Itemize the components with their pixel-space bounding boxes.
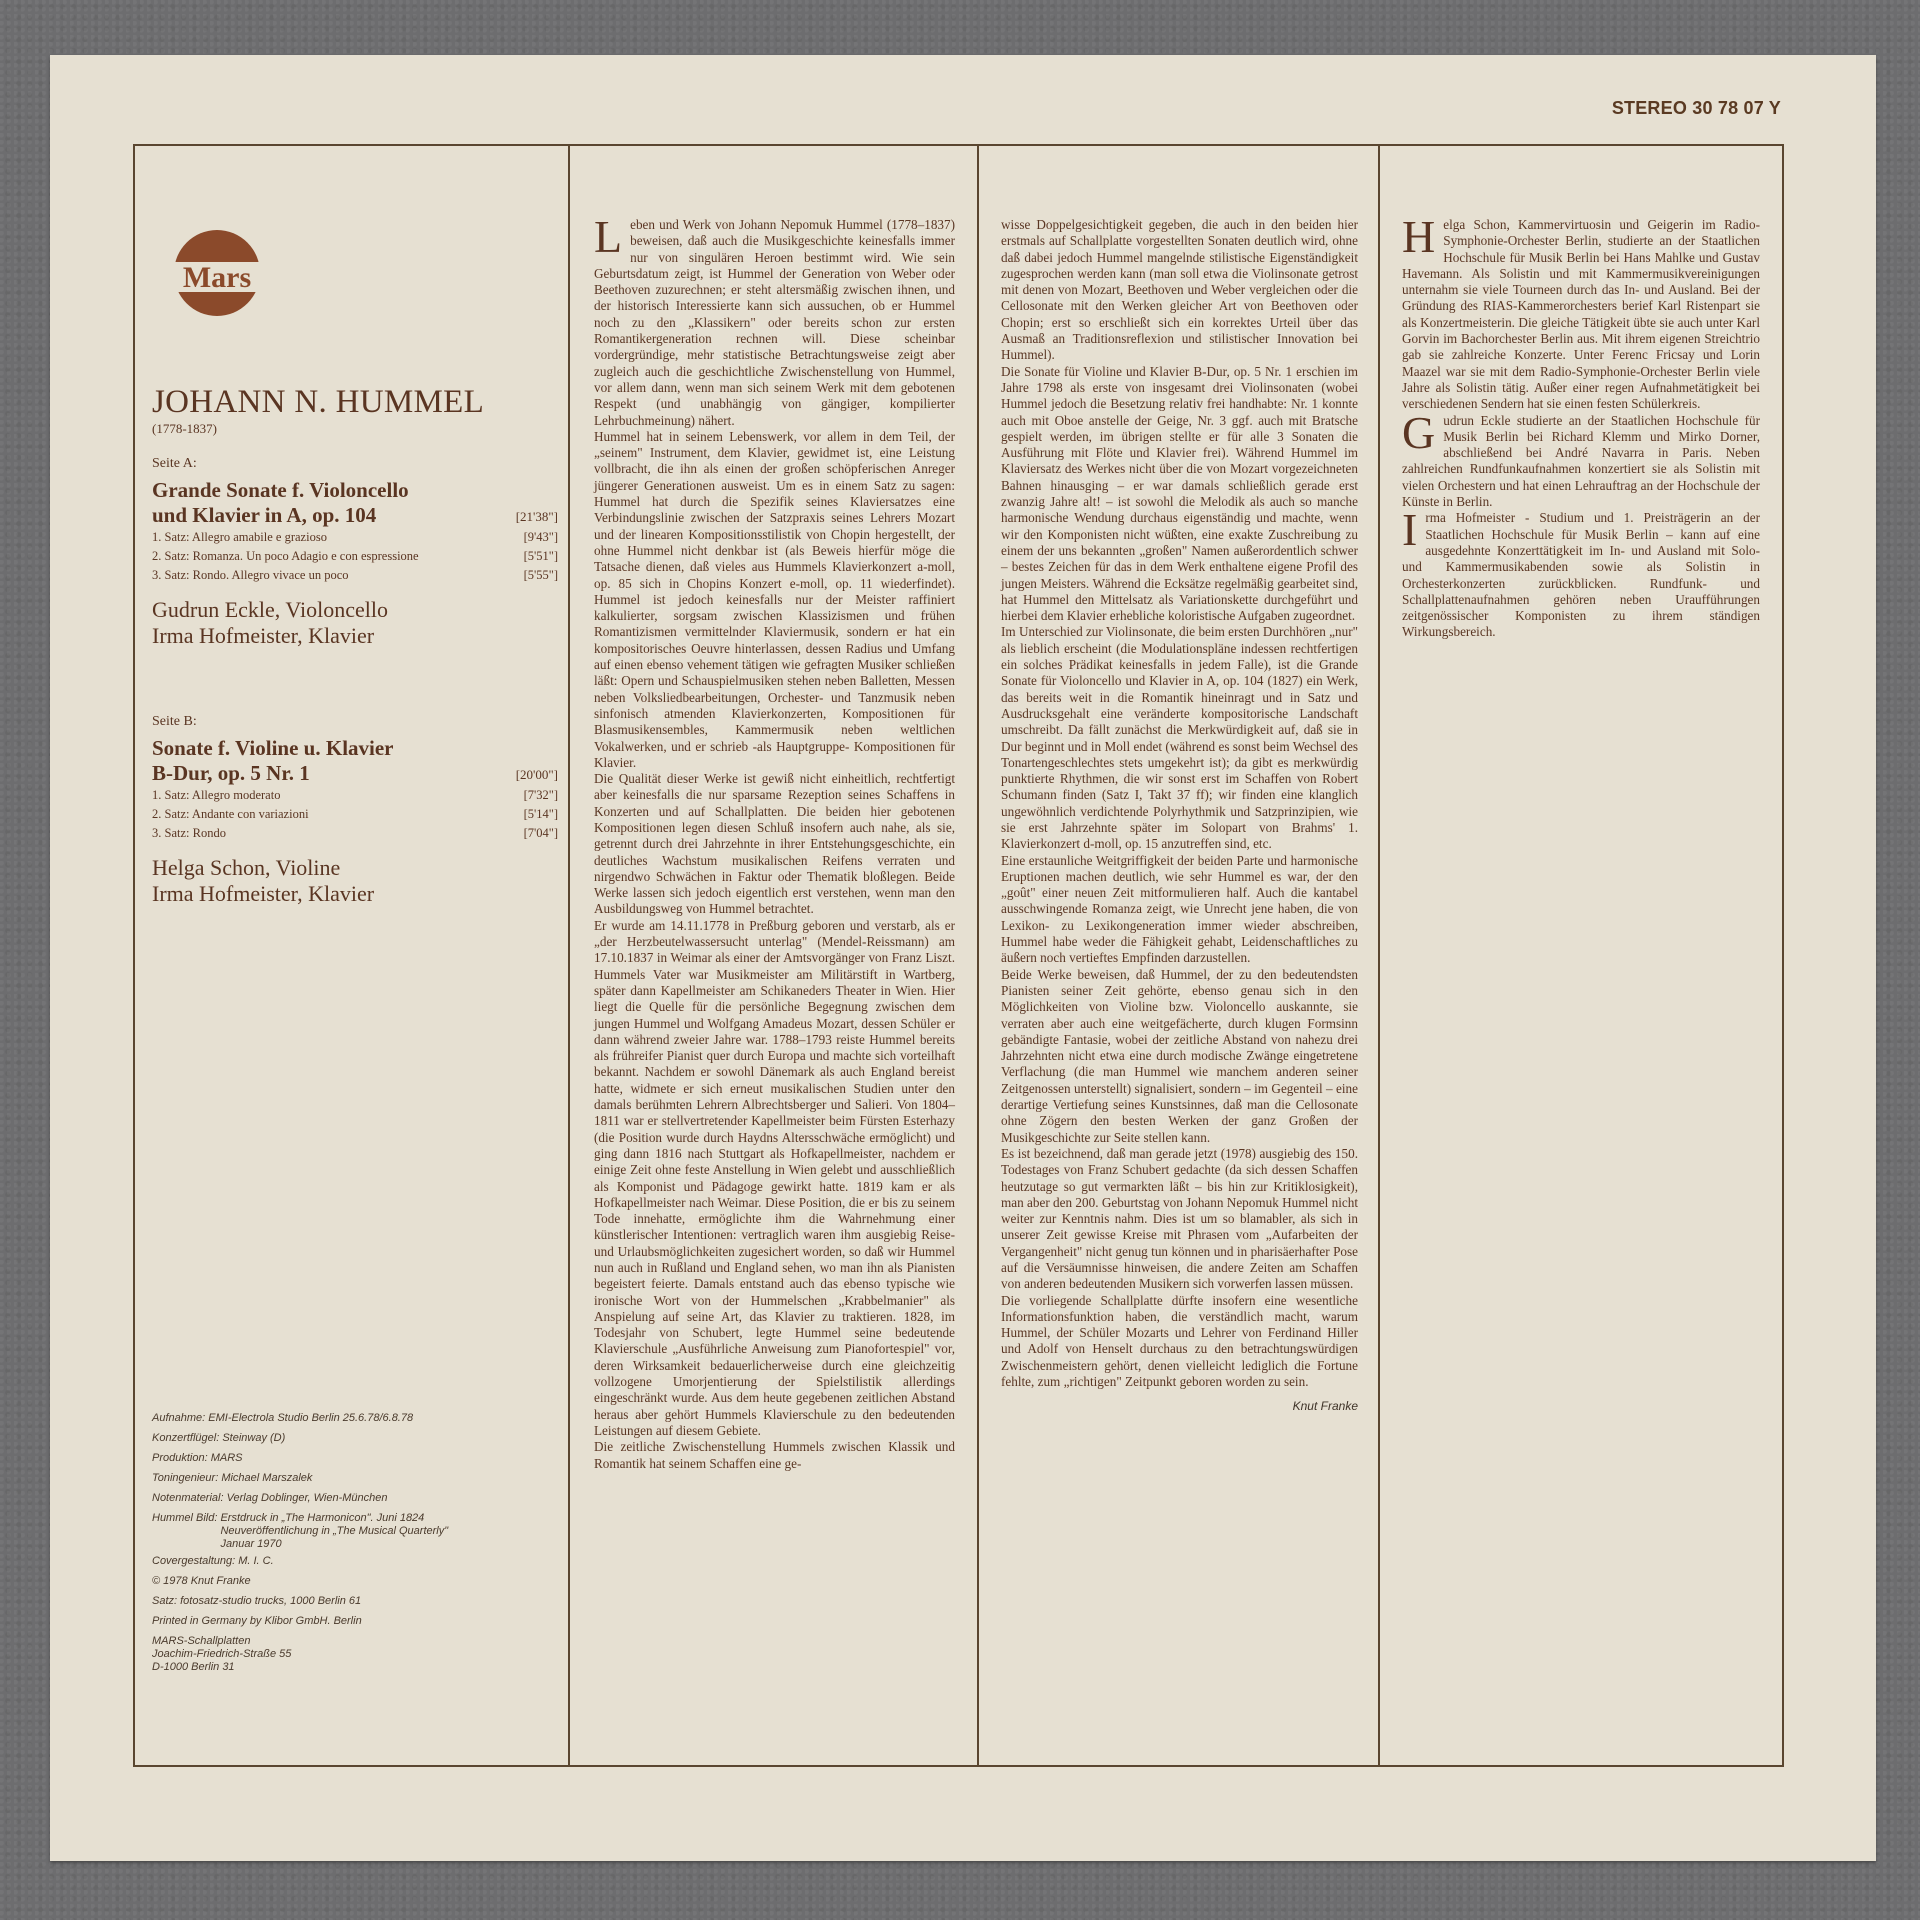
credit-value: Steinway (D) [222,1428,285,1448]
credit-row: Toningenieur: Michael Marszalek [152,1468,558,1488]
side-a: Seite A: Grande Sonate f. Violoncello un… [152,456,558,649]
movement-duration: [5'55"] [524,566,558,585]
essay-text: Leben und Werk von Johann Nepomuk Hummel… [594,217,955,1472]
mars-label-logo-icon: Mars [173,220,261,326]
composer-lifespan: (1778-1837) [152,421,217,437]
movement-title: 3. Satz: Rondo. Allegro vivace un poco [152,566,349,585]
work-duration: [21'38"] [516,509,558,528]
movement-duration: [5'51"] [524,547,558,566]
movement-title: 3. Satz: Rondo [152,824,226,843]
credit-key: Toningenieur: [152,1468,221,1488]
essay-paragraph: Beide Werke beweisen, daß Hummel, der zu… [1001,967,1358,1146]
credit-row: Notenmaterial: Verlag Doblinger, Wien-Mü… [152,1488,558,1508]
artist-biographies: Helga Schon, Kammervirtuosin und Geigeri… [1402,217,1760,641]
credit-value: EMI-Electrola Studio Berlin 25.6.78/6.8.… [208,1408,413,1428]
credit-value: MARS [211,1448,243,1468]
movement-title: 2. Satz: Andante con variazioni [152,805,309,824]
artist-bio: Helga Schon, Kammervirtuosin und Geigeri… [1402,217,1760,413]
biographies-column: Helga Schon, Kammervirtuosin und Geigeri… [1380,146,1784,1765]
performers: Helga Schon, Violine Irma Hofmeister, Kl… [152,855,558,907]
artist-bio: Irma Hofmeister - Studium und 1. Preistr… [1402,510,1760,640]
movement-duration: [7'04"] [524,824,558,843]
performer: Irma Hofmeister, Klavier [152,623,558,649]
movement-row: 2. Satz: Andante con variazioni[5'14"] [152,805,558,824]
essay-paragraph: wisse Doppelgesichtigkeit gegeben, die a… [1001,217,1358,364]
movement-row: 1. Satz: Allegro amabile e grazioso[9'43… [152,528,558,547]
performer: Helga Schon, Violine [152,855,558,881]
essay-paragraph: Hummel hat in seinem Lebenswerk, vor all… [594,429,955,771]
credit-key: Covergestaltung: [152,1551,238,1571]
drop-cap: I [1402,512,1417,548]
performer: Irma Hofmeister, Klavier [152,881,558,907]
work-title: Grande Sonate f. Violoncello [152,478,558,503]
movement-title: 2. Satz: Romanza. Un poco Adagio e con e… [152,547,419,566]
credit-value: Michael Marszalek [221,1468,312,1488]
credit-value: Erstdruck in „The Harmonicon". Juni 1824… [220,1508,448,1551]
movement-row: 3. Satz: Rondo[7'04"] [152,824,558,843]
content-frame: Mars JOHANN N. HUMMEL (1778-1837) Seite … [133,144,1784,1767]
production-credits: Aufnahme: EMI-Electrola Studio Berlin 25… [152,1408,558,1674]
drop-cap: H [1402,219,1435,255]
credit-value: Verlag Doblinger, Wien-München [227,1488,388,1508]
side-b: Seite B: Sonate f. Violine u. Klavier B-… [152,714,558,907]
performers: Gudrun Eckle, Violoncello Irma Hofmeiste… [152,597,558,649]
record-back-cover: STEREO 30 78 07 Y Mars JOHANN N. HUMMEL … [50,55,1876,1861]
credit-key: Notenmaterial: [152,1488,227,1508]
essay-paragraph: Es ist bezeichnend, daß man gerade jetzt… [1001,1146,1358,1293]
performer: Gudrun Eckle, Violoncello [152,597,558,623]
essay-column-2: wisse Doppelgesichtigkeit gegeben, die a… [979,146,1378,1765]
movement-row: 1. Satz: Allegro moderato[7'32"] [152,786,558,805]
work-duration: [20'00"] [516,767,558,786]
credit-row: Aufnahme: EMI-Electrola Studio Berlin 25… [152,1408,558,1428]
essay-paragraph: Im Unterschied zur Violinsonate, die bei… [1001,624,1358,852]
work-title: B-Dur, op. 5 Nr. 1 [152,761,310,786]
essay-paragraph: Die vorliegende Schallplatte dürfte inso… [1001,1293,1358,1391]
svg-text:Mars: Mars [183,261,251,294]
side-label: Seite A: [152,456,558,472]
credit-row: Hummel Bild: Erstdruck in „The Harmonico… [152,1508,558,1551]
credit-row: Konzertflügel: Steinway (D) [152,1428,558,1448]
artist-bio: Gudrun Eckle studierte an der Staatliche… [1402,413,1760,511]
work-title: Sonate f. Violine u. Klavier [152,736,558,761]
essay-paragraph: Er wurde am 14.11.1778 in Preßburg gebor… [594,918,955,1440]
essay-paragraph: Die Qualität dieser Werke ist gewiß nich… [594,771,955,918]
credit-value: © 1978 Knut Franke [152,1571,251,1591]
author-signature: Knut Franke [1001,1398,1358,1414]
essay-paragraph: Die zeitliche Zwischenstellung Hummels z… [594,1439,955,1472]
credit-value: M. I. C. [238,1551,273,1571]
credit-row: Covergestaltung: M. I. C. [152,1551,558,1571]
drop-cap: L [594,219,622,255]
movement-row: 3. Satz: Rondo. Allegro vivace un poco[5… [152,566,558,585]
credit-row: © 1978 Knut Franke [152,1571,558,1591]
movement-title: 1. Satz: Allegro amabile e grazioso [152,528,327,547]
credit-key: Satz: [152,1591,180,1611]
essay-text: wisse Doppelgesichtigkeit gegeben, die a… [1001,217,1358,1415]
credit-row: Produktion: MARS [152,1448,558,1468]
essay-paragraph: Eine erstaunliche Weitgriffigkeit der be… [1001,853,1358,967]
program-column: Mars JOHANN N. HUMMEL (1778-1837) Seite … [135,146,568,1765]
credit-key: Aufnahme: [152,1408,208,1428]
movement-duration: [9'43"] [524,528,558,547]
catalog-number: STEREO 30 78 07 Y [1612,98,1781,119]
credit-value: Printed in Germany by Klibor GmbH. Berli… [152,1611,362,1631]
credit-value: MARS-SchallplattenJoachim-Friedrich-Stra… [152,1631,291,1674]
movement-title: 1. Satz: Allegro moderato [152,786,280,805]
movement-row: 2. Satz: Romanza. Un poco Adagio e con e… [152,547,558,566]
essay-paragraph: Leben und Werk von Johann Nepomuk Hummel… [594,217,955,429]
side-label: Seite B: [152,714,558,730]
credit-row: Satz: fotosatz-studio trucks, 1000 Berli… [152,1591,558,1611]
credit-key: Hummel Bild: [152,1508,220,1551]
credit-key: Konzertflügel: [152,1428,222,1448]
credit-key: Produktion: [152,1448,211,1468]
movement-duration: [7'32"] [524,786,558,805]
essay-paragraph: Die Sonate für Violine und Klavier B-Dur… [1001,364,1358,625]
essay-column-1: Leben und Werk von Johann Nepomuk Hummel… [570,146,977,1765]
credit-value: fotosatz-studio trucks, 1000 Berlin 61 [180,1591,361,1611]
credit-row: Printed in Germany by Klibor GmbH. Berli… [152,1611,558,1631]
credit-row: MARS-SchallplattenJoachim-Friedrich-Stra… [152,1631,558,1674]
drop-cap: G [1402,415,1435,451]
movement-duration: [5'14"] [524,805,558,824]
work-title: und Klavier in A, op. 104 [152,503,376,528]
composer-name: JOHANN N. HUMMEL [152,384,484,421]
